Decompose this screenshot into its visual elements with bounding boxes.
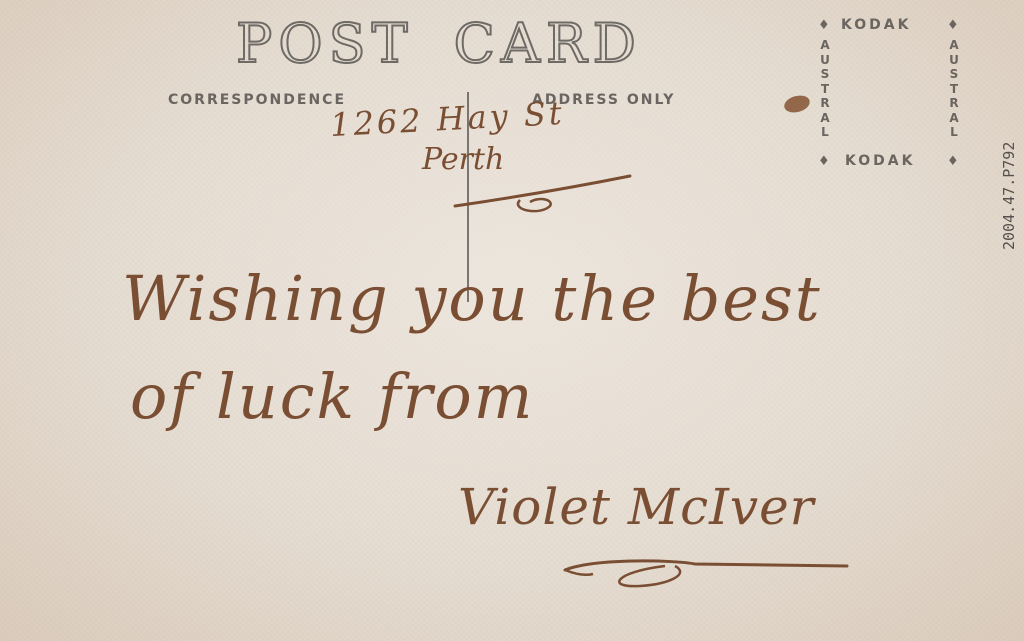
austral-right-text: AUSTRAL <box>947 38 961 140</box>
diamond-icon: ♦ <box>947 18 959 33</box>
diamond-icon: ♦ <box>818 18 830 33</box>
message-line-1: Wishing you the best <box>122 262 822 335</box>
austral-left-text: AUSTRAL <box>818 38 832 140</box>
stamp-box: ♦ ♦ ♦ ♦ KODAK KODAK AUSTRAL AUSTRAL <box>815 14 965 174</box>
ink-stain <box>782 93 811 115</box>
postcard-back: POSTCARD CORRESPONDENCE ADDRESS ONLY ♦ ♦… <box>0 0 1024 641</box>
correspondence-label: CORRESPONDENCE <box>168 92 346 108</box>
kodak-top-text: KODAK <box>841 17 911 33</box>
post-card-title: POSTCARD <box>236 12 642 75</box>
accession-number: 2004.47.P792 <box>1000 142 1018 250</box>
kodak-bottom-text: KODAK <box>845 153 915 169</box>
address-line-1: 1262 Hay St <box>329 94 565 144</box>
diamond-icon: ♦ <box>818 154 830 169</box>
title-card: CARD <box>454 12 642 75</box>
address-underline-flourish <box>450 168 640 218</box>
signature-underline-flourish <box>555 548 855 593</box>
diamond-icon: ♦ <box>947 154 959 169</box>
signature: Violet McIver <box>458 478 815 536</box>
title-post: POST <box>236 12 414 75</box>
message-line-2: of luck from <box>130 360 534 433</box>
